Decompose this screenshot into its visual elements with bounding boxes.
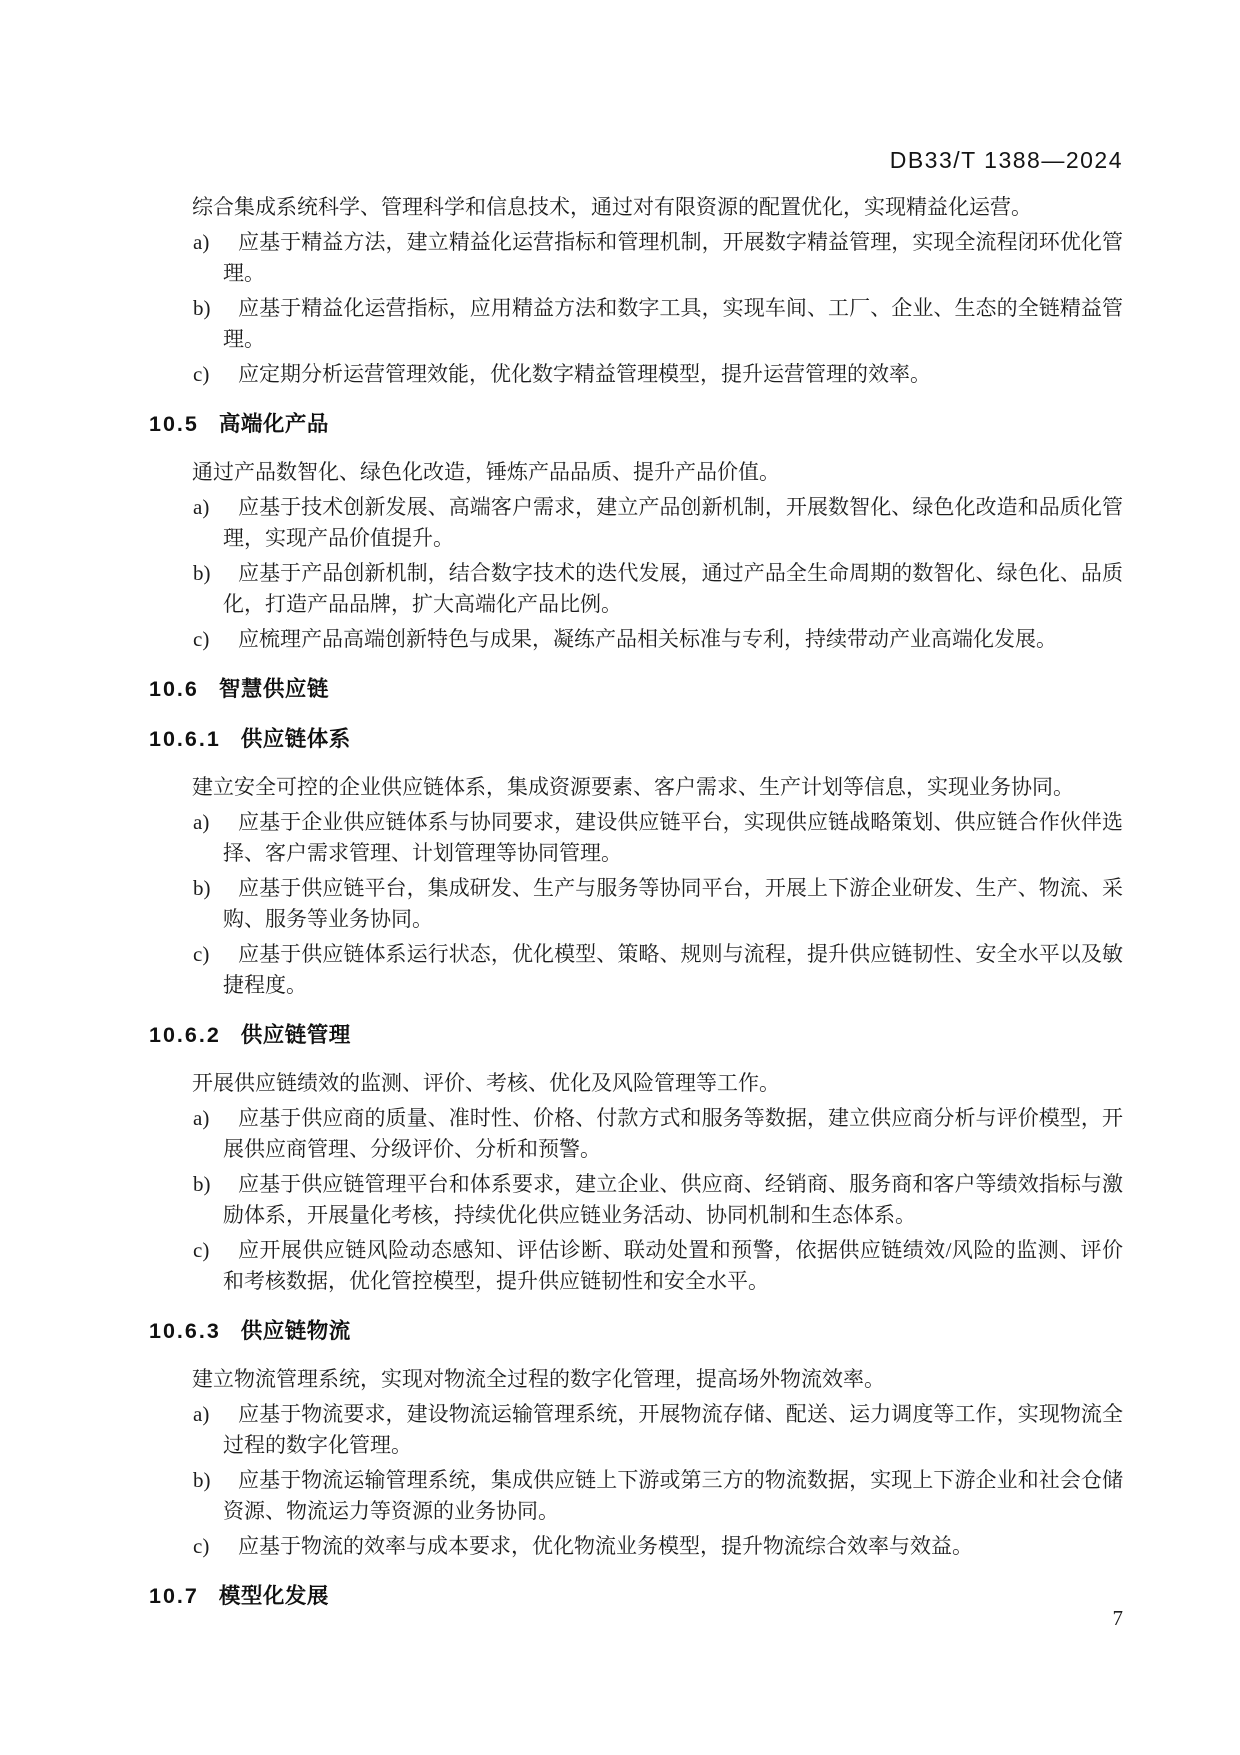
section-heading: 10.6.1供应链体系 — [149, 724, 1123, 755]
list-item-text: 应基于技术创新发展、高端客户需求，建立产品创新机制，开展数智化、绿色化改造和品质… — [223, 495, 1123, 550]
section-title: 供应链物流 — [241, 1319, 351, 1343]
section-10-7: 10.7模型化发展 — [149, 1581, 1123, 1612]
clause-list: a)应基于精益方法，建立精益化运营指标和管理机制，开展数字精益管理，实现全流程闭… — [149, 227, 1123, 390]
list-item-text: 应基于精益方法，建立精益化运营指标和管理机制，开展数字精益管理，实现全流程闭环优… — [223, 230, 1123, 285]
clause-list: a)应基于技术创新发展、高端客户需求，建立产品创新机制，开展数智化、绿色化改造和… — [149, 492, 1123, 655]
list-item-text: 应基于供应链管理平台和体系要求，建立企业、供应商、经销商、服务商和客户等绩效指标… — [223, 1172, 1123, 1227]
page-content: 综合集成系统科学、管理科学和信息技术，通过对有限资源的配置优化，实现精益化运营。… — [149, 188, 1123, 1629]
list-item: c)应梳理产品高端创新特色与成果，凝练产品相关标准与专利，持续带动产业高端化发展… — [149, 624, 1123, 655]
list-item-text: 应基于物流的效率与成本要求，优化物流业务模型，提升物流综合效率与效益。 — [238, 1534, 973, 1558]
list-item: c)应定期分析运营管理效能，优化数字精益管理模型，提升运营管理的效率。 — [149, 359, 1123, 390]
running-header-standard-code: DB33/T 1388—2024 — [890, 147, 1123, 174]
section-10-6-1: 10.6.1供应链体系 建立安全可控的企业供应链体系，集成资源要素、客户需求、生… — [149, 724, 1123, 1001]
list-item: a)应基于精益方法，建立精益化运营指标和管理机制，开展数字精益管理，实现全流程闭… — [149, 227, 1123, 289]
list-item: b)应基于精益化运营指标，应用精益方法和数字工具，实现车间、工厂、企业、生态的全… — [149, 293, 1123, 355]
list-item: c)应开展供应链风险动态感知、评估诊断、联动处置和预警，依据供应链绩效/风险的监… — [149, 1235, 1123, 1297]
section-number: 10.6 — [149, 677, 199, 701]
list-item-text: 应基于企业供应链体系与协同要求，建设供应链平台，实现供应链战略策划、供应链合作伙… — [223, 810, 1123, 865]
list-item-text: 应基于物流要求，建设物流运输管理系统，开展物流存储、配送、运力调度等工作，实现物… — [223, 1402, 1123, 1457]
list-item-marker: c) — [193, 624, 209, 655]
clause-list: a)应基于供应商的质量、准时性、价格、付款方式和服务等数据，建立供应商分析与评价… — [149, 1103, 1123, 1297]
clause-list: a)应基于企业供应链体系与协同要求，建设供应链平台，实现供应链战略策划、供应链合… — [149, 807, 1123, 1001]
list-item-marker: c) — [193, 1235, 209, 1266]
section-number: 10.6.1 — [149, 727, 221, 751]
list-item-text: 应基于供应商的质量、准时性、价格、付款方式和服务等数据，建立供应商分析与评价模型… — [223, 1106, 1123, 1161]
list-item-marker: a) — [193, 492, 209, 523]
list-item-text: 应梳理产品高端创新特色与成果，凝练产品相关标准与专利，持续带动产业高端化发展。 — [238, 627, 1057, 651]
list-item: a)应基于技术创新发展、高端客户需求，建立产品创新机制，开展数智化、绿色化改造和… — [149, 492, 1123, 554]
clause-list: a)应基于物流要求，建设物流运输管理系统，开展物流存储、配送、运力调度等工作，实… — [149, 1399, 1123, 1562]
list-item-marker: c) — [193, 1531, 209, 1562]
list-item: b)应基于物流运输管理系统，集成供应链上下游或第三方的物流数据，实现上下游企业和… — [149, 1465, 1123, 1527]
section-title: 智慧供应链 — [219, 677, 329, 701]
section-title: 供应链管理 — [241, 1023, 351, 1047]
list-item-marker: a) — [193, 227, 209, 258]
list-item-marker: b) — [193, 1465, 211, 1496]
section-10-6-2: 10.6.2供应链管理 开展供应链绩效的监测、评价、考核、优化及风险管理等工作。… — [149, 1020, 1123, 1297]
section-title: 模型化发展 — [219, 1584, 329, 1608]
list-item-marker: b) — [193, 873, 211, 904]
section-intro: 建立安全可控的企业供应链体系，集成资源要素、客户需求、生产计划等信息，实现业务协… — [149, 772, 1123, 803]
document-page: DB33/T 1388—2024 综合集成系统科学、管理科学和信息技术，通过对有… — [0, 0, 1240, 1755]
section-intro: 开展供应链绩效的监测、评价、考核、优化及风险管理等工作。 — [149, 1068, 1123, 1099]
list-item-marker: c) — [193, 359, 209, 390]
section-intro: 建立物流管理系统，实现对物流全过程的数字化管理，提高场外物流效率。 — [149, 1364, 1123, 1395]
list-item-marker: a) — [193, 1103, 209, 1134]
page-number: 7 — [1113, 1606, 1124, 1631]
list-item: c)应基于物流的效率与成本要求，优化物流业务模型，提升物流综合效率与效益。 — [149, 1531, 1123, 1562]
list-item-text: 应基于精益化运营指标，应用精益方法和数字工具，实现车间、工厂、企业、生态的全链精… — [223, 296, 1123, 351]
list-item-text: 应基于产品创新机制，结合数字技术的迭代发展，通过产品全生命周期的数智化、绿色化、… — [223, 561, 1123, 616]
section-heading: 10.7模型化发展 — [149, 1581, 1123, 1612]
list-item: a)应基于供应商的质量、准时性、价格、付款方式和服务等数据，建立供应商分析与评价… — [149, 1103, 1123, 1165]
list-item-text: 应基于物流运输管理系统，集成供应链上下游或第三方的物流数据，实现上下游企业和社会… — [223, 1468, 1123, 1523]
list-item: c)应基于供应链体系运行状态，优化模型、策略、规则与流程，提升供应链韧性、安全水… — [149, 939, 1123, 1001]
list-item-marker: b) — [193, 558, 211, 589]
section-intro: 综合集成系统科学、管理科学和信息技术，通过对有限资源的配置优化，实现精益化运营。 — [149, 192, 1123, 223]
list-item-text: 应定期分析运营管理效能，优化数字精益管理模型，提升运营管理的效率。 — [238, 362, 931, 386]
list-item-text: 应基于供应链平台，集成研发、生产与服务等协同平台，开展上下游企业研发、生产、物流… — [223, 876, 1123, 931]
section-title: 供应链体系 — [241, 727, 351, 751]
section-10-6-3: 10.6.3供应链物流 建立物流管理系统，实现对物流全过程的数字化管理，提高场外… — [149, 1316, 1123, 1562]
section-heading: 10.5高端化产品 — [149, 409, 1123, 440]
section-title: 高端化产品 — [219, 412, 329, 436]
list-item: b)应基于产品创新机制，结合数字技术的迭代发展，通过产品全生命周期的数智化、绿色… — [149, 558, 1123, 620]
list-item-marker: b) — [193, 293, 211, 324]
section-10-5: 10.5高端化产品 通过产品数智化、绿色化改造，锤炼产品品质、提升产品价值。 a… — [149, 409, 1123, 655]
list-item-text: 应基于供应链体系运行状态，优化模型、策略、规则与流程，提升供应链韧性、安全水平以… — [223, 942, 1123, 997]
list-item: a)应基于企业供应链体系与协同要求，建设供应链平台，实现供应链战略策划、供应链合… — [149, 807, 1123, 869]
section-10-6: 10.6智慧供应链 — [149, 674, 1123, 705]
section-heading: 10.6.2供应链管理 — [149, 1020, 1123, 1051]
section-10-4-continuation: 综合集成系统科学、管理科学和信息技术，通过对有限资源的配置优化，实现精益化运营。… — [149, 192, 1123, 390]
section-number: 10.7 — [149, 1584, 199, 1608]
section-number: 10.6.3 — [149, 1319, 221, 1343]
list-item-marker: b) — [193, 1169, 211, 1200]
section-number: 10.6.2 — [149, 1023, 221, 1047]
list-item-marker: c) — [193, 939, 209, 970]
list-item-text: 应开展供应链风险动态感知、评估诊断、联动处置和预警，依据供应链绩效/风险的监测、… — [223, 1238, 1123, 1293]
section-heading: 10.6.3供应链物流 — [149, 1316, 1123, 1347]
list-item: b)应基于供应链平台，集成研发、生产与服务等协同平台，开展上下游企业研发、生产、… — [149, 873, 1123, 935]
section-number: 10.5 — [149, 412, 199, 436]
list-item: b)应基于供应链管理平台和体系要求，建立企业、供应商、经销商、服务商和客户等绩效… — [149, 1169, 1123, 1231]
list-item-marker: a) — [193, 807, 209, 838]
list-item: a)应基于物流要求，建设物流运输管理系统，开展物流存储、配送、运力调度等工作，实… — [149, 1399, 1123, 1461]
section-intro: 通过产品数智化、绿色化改造，锤炼产品品质、提升产品价值。 — [149, 457, 1123, 488]
list-item-marker: a) — [193, 1399, 209, 1430]
section-heading: 10.6智慧供应链 — [149, 674, 1123, 705]
